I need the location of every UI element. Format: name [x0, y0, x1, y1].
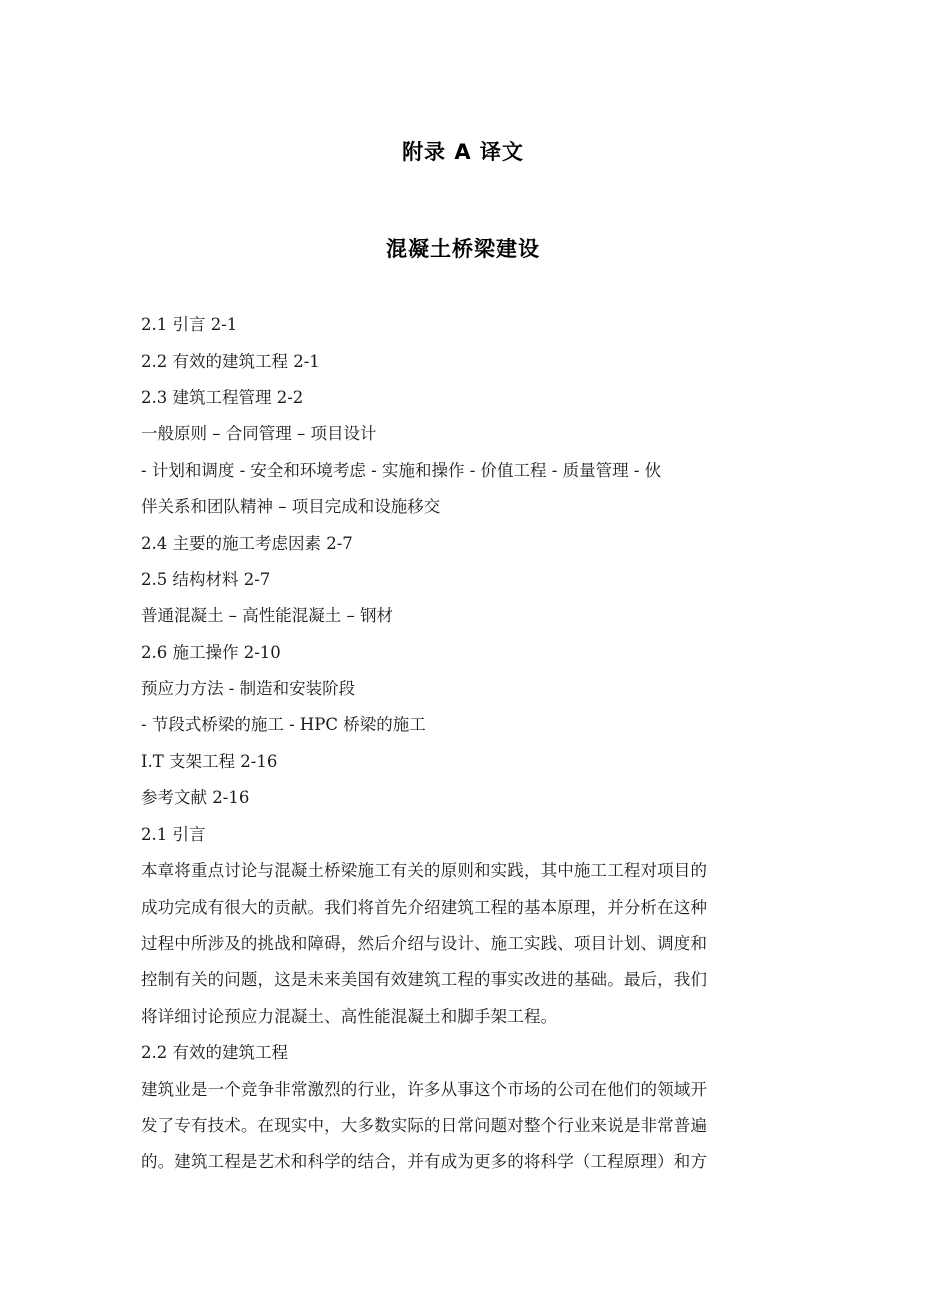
paragraph-line: 成功完成有很大的贡献。我们将首先介绍建筑工程的基本原理，并分析在这种 [141, 897, 791, 919]
toc-entry: 2.6 施工操作 2-10 [141, 642, 791, 664]
toc-entry: I.T 支架工程 2-16 [141, 751, 791, 773]
paragraph-line: 建筑业是一个竞争非常激烈的行业，许多从事这个市场的公司在他们的领域开 [141, 1079, 791, 1101]
toc-subentry: 伴关系和团队精神 – 项目完成和设施移交 [141, 496, 791, 518]
paragraph-line: 控制有关的问题，这是未来美国有效建筑工程的事实改进的基础。最后，我们 [141, 969, 791, 991]
toc-subentry: - 节段式桥梁的施工 - HPC 桥梁的施工 [141, 714, 791, 736]
toc-entry: 2.3 建筑工程管理 2-2 [141, 387, 791, 409]
paragraph-line: 过程中所涉及的挑战和障碍，然后介绍与设计、施工实践、项目计划、调度和 [141, 933, 791, 955]
document-title: 混凝土桥梁建设 [0, 233, 926, 263]
document-page: 附录 A 译文 混凝土桥梁建设 2.1 引言 2-1 2.2 有效的建筑工程 2… [0, 0, 926, 1309]
toc-subentry: - 计划和调度 - 安全和环境考虑 - 实施和操作 - 价值工程 - 质量管理 … [141, 460, 791, 482]
section-heading: 2.2 有效的建筑工程 [141, 1042, 791, 1064]
section-heading: 2.1 引言 [141, 824, 791, 846]
paragraph-line: 的。建筑工程是艺术和科学的结合，并有成为更多的将科学（工程原理）和方 [141, 1151, 791, 1173]
toc-entry: 2.1 引言 2-1 [141, 314, 791, 336]
toc-subentry: 一般原则 – 合同管理 – 项目设计 [141, 423, 791, 445]
paragraph-line: 将详细讨论预应力混凝土、高性能混凝土和脚手架工程。 [141, 1006, 791, 1028]
paragraph-line: 发了专有技术。在现实中，大多数实际的日常问题对整个行业来说是非常普遍 [141, 1115, 791, 1137]
toc-entry: 参考文献 2-16 [141, 787, 791, 809]
appendix-title: 附录 A 译文 [0, 136, 926, 166]
toc-subentry: 预应力方法 - 制造和安装阶段 [141, 678, 791, 700]
toc-entry: 2.2 有效的建筑工程 2-1 [141, 351, 791, 373]
toc-subentry: 普通混凝土 – 高性能混凝土 – 钢材 [141, 605, 791, 627]
toc-entry: 2.5 结构材料 2-7 [141, 569, 791, 591]
toc-entry: 2.4 主要的施工考虑因素 2-7 [141, 533, 791, 555]
paragraph-line: 本章将重点讨论与混凝土桥梁施工有关的原则和实践，其中施工工程对项目的 [141, 860, 791, 882]
